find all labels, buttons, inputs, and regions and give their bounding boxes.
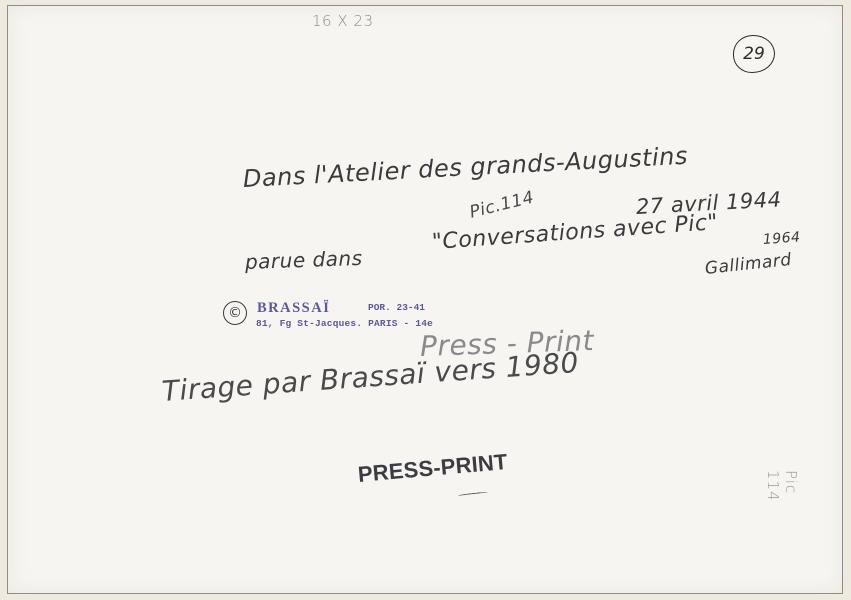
- stamp-address: 81, Fg St-Jacques. PARIS - 14e: [256, 318, 433, 329]
- vertical-ref: Pic 114: [764, 470, 800, 521]
- inscription-year: 1964: [762, 229, 801, 248]
- photo-verso-paper: [7, 5, 843, 594]
- inscription-parue-dans: parue dans: [245, 246, 363, 274]
- copyright-icon: ©: [223, 301, 247, 325]
- circled-number-text: 29: [743, 44, 765, 64]
- stamp-name: BRASSAÏ: [257, 300, 330, 317]
- stamp-phone: POR. 23-41: [368, 302, 425, 313]
- dimensions-note: 16 X 23: [312, 12, 374, 30]
